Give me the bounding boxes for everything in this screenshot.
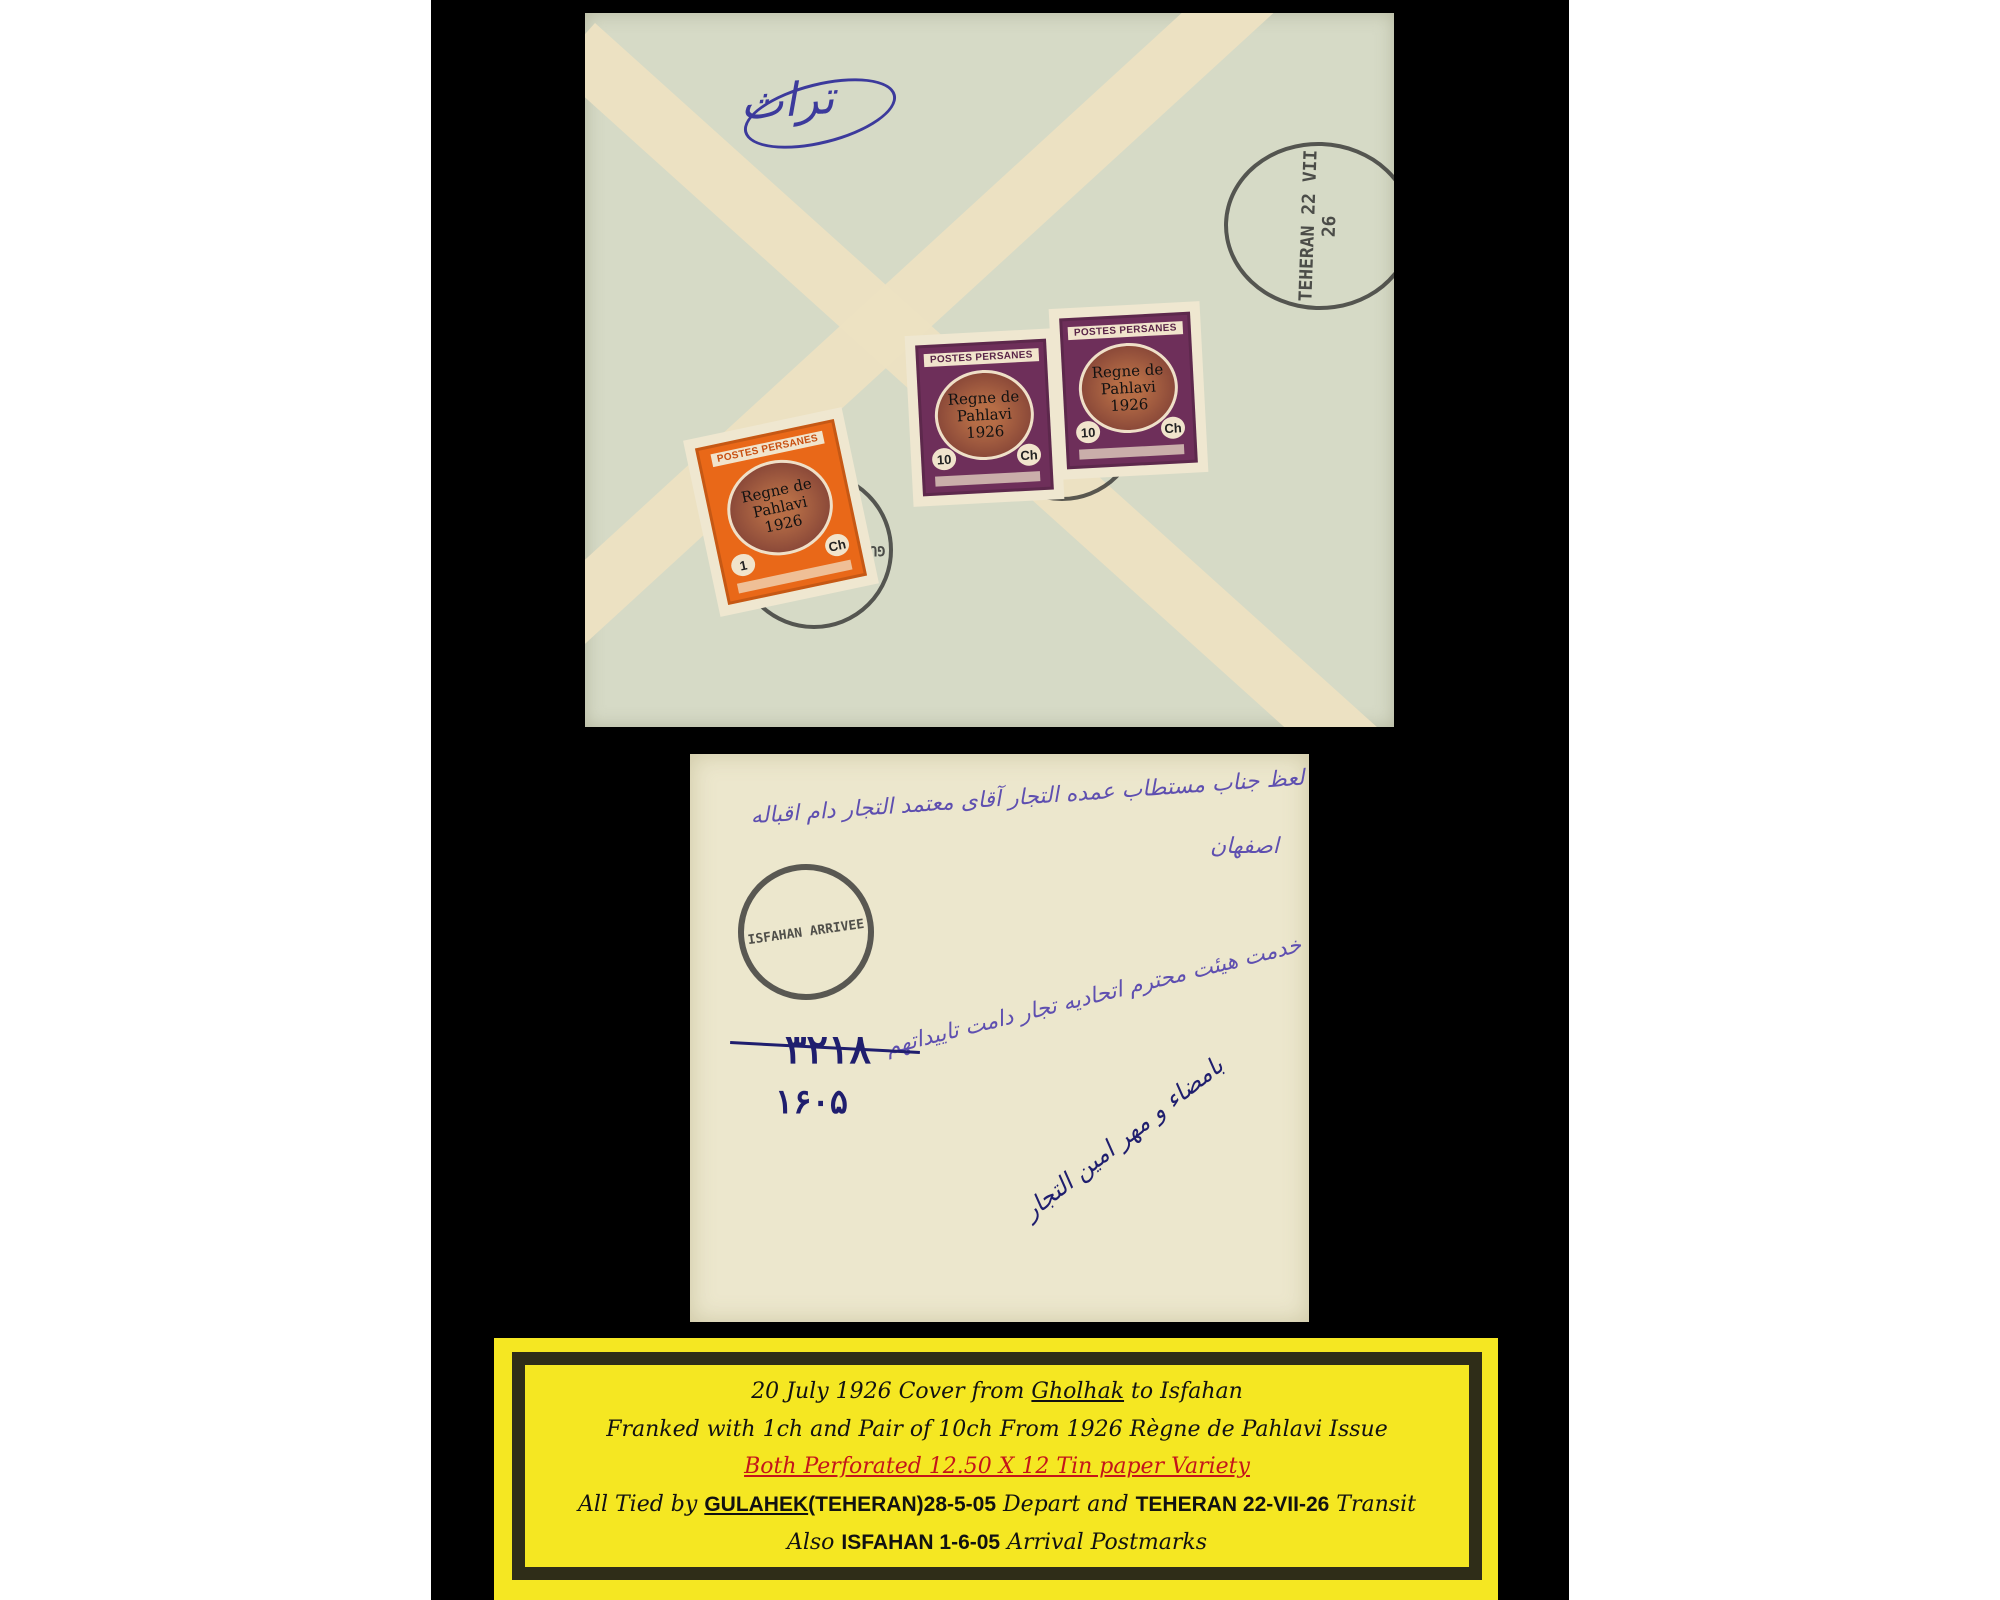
letter-sheet: در لعظ جناب مستطاب عمده التجار آقای معتم… [690,754,1309,1322]
stamp-10ch-left: POSTES PERSANES Regne de Pahlavi 1926 10… [908,331,1061,503]
letter-recipient-line: خدمت هیئت محترم اتحادیه تجار دامت تاییدا… [883,933,1304,1061]
postmark-isfahan: ISFAHAN ARRIVEE [729,855,883,1009]
letter-signature: بامضاء و مهر امین التجار [1017,1051,1228,1225]
envelope-back: تراث TEHERAN 22 VII 26 GULAHEK (TEHERAN)… [585,13,1394,727]
caption-line-5: Also ISFAHAN 1-6-05 Arrival Postmarks [787,1530,1207,1555]
caption-frame: 20 July 1926 Cover from Gholhak to Isfah… [512,1352,1482,1580]
envelope-handwriting: تراث [738,70,836,130]
stamp-header: POSTES PERSANES [924,348,1039,367]
stamp-10ch-right: POSTES PERSANES Regne de Pahlavi 1926 10… [1052,304,1205,476]
lion-emblem: Regne de Pahlavi 1926 [718,450,842,565]
stamp-1ch: POSTES PERSANES Regne de Pahlavi 1926 1 … [687,411,876,614]
caption-line-3: Both Perforated 12.50 X 12 Tin paper Var… [744,1454,1250,1479]
postmark-teheran: TEHERAN 22 VII 26 [1221,139,1394,314]
letter-city: اصفهان [1210,834,1279,859]
letter-number-bottom: ۱۶۰۵ [775,1082,848,1122]
description-caption: 20 July 1926 Cover from Gholhak to Isfah… [494,1338,1498,1600]
caption-line-4: All Tied by GULAHEK(TEHERAN)28-5-05 Depa… [578,1492,1416,1517]
stamp-header: POSTES PERSANES [1068,321,1183,340]
letter-address-line: در لعظ جناب مستطاب عمده التجار آقای معتم… [750,764,1309,830]
caption-line-2: Franked with 1ch and Pair of 10ch From 1… [606,1417,1388,1442]
caption-line-1: 20 July 1926 Cover from Gholhak to Isfah… [751,1379,1243,1404]
